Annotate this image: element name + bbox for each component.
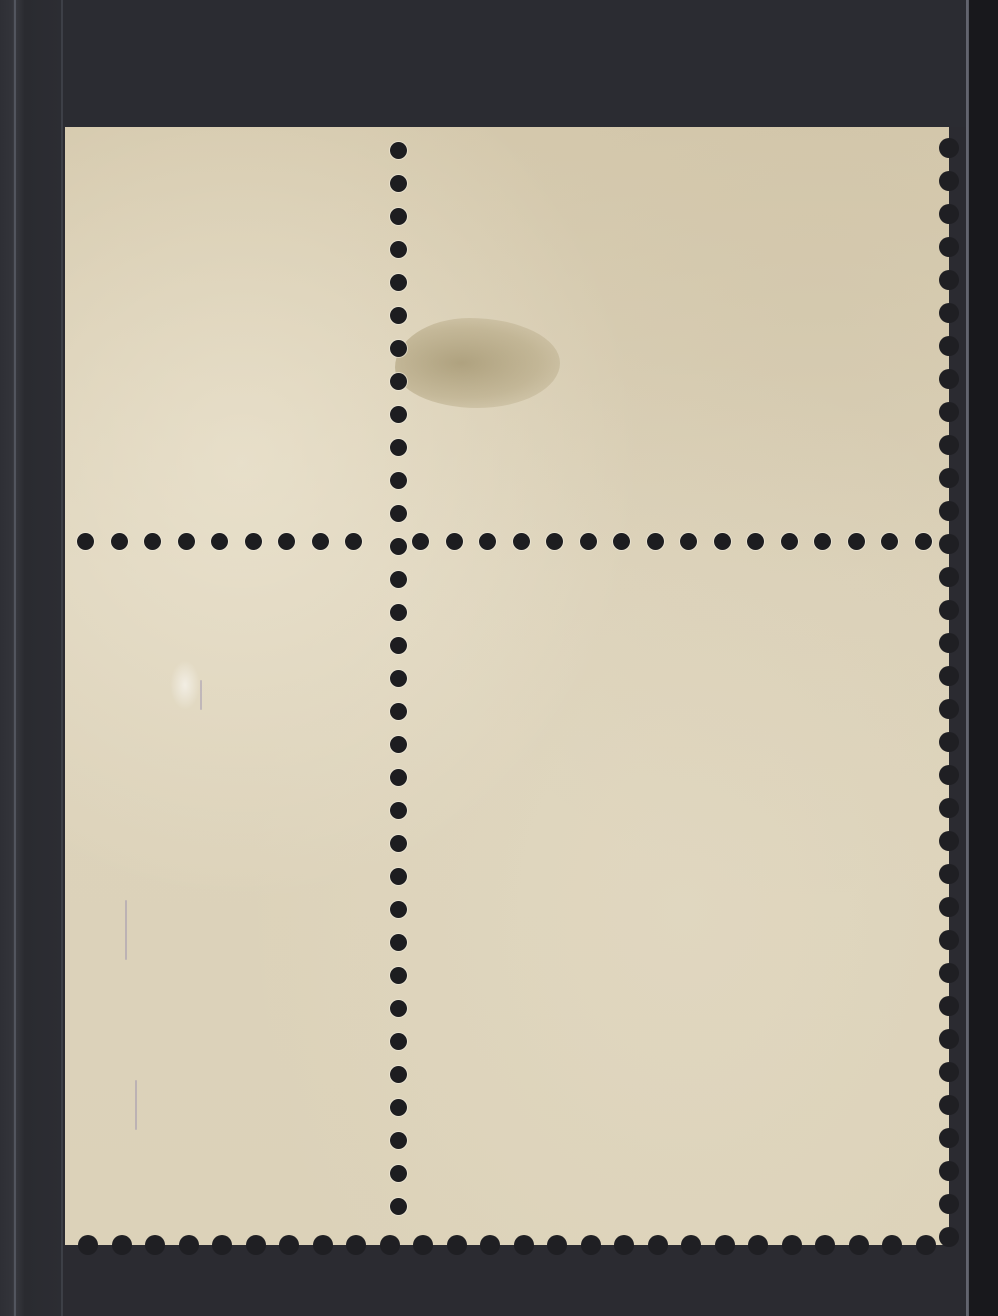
perforation-hole (390, 1099, 407, 1116)
edge-perforation (939, 897, 959, 917)
edge-perforation (939, 1029, 959, 1049)
edge-perforation (514, 1235, 534, 1255)
edge-perforation (939, 270, 959, 290)
perforation-hole (390, 373, 407, 390)
perforation-hole (781, 533, 798, 550)
perforation-hole (390, 934, 407, 951)
stock-card-left-strip (0, 0, 62, 1316)
perforation-hole (390, 241, 407, 258)
stock-card-right-strip (968, 0, 998, 1316)
perforation-hole (446, 533, 463, 550)
edge-perforation (939, 402, 959, 422)
perforation-hole (714, 533, 731, 550)
perforation-hole (814, 533, 831, 550)
perforation-hole (390, 637, 407, 654)
edge-perforation (413, 1235, 433, 1255)
perforation-hole (390, 538, 407, 555)
edge-perforation (581, 1235, 601, 1255)
perforation-hole (278, 533, 295, 550)
perforation-hole (390, 142, 407, 159)
gum-stain (395, 318, 560, 408)
edge-perforation (715, 1235, 735, 1255)
edge-perforation (939, 1095, 959, 1115)
edge-perforation (939, 336, 959, 356)
perforation-hole (580, 533, 597, 550)
edge-perforation (313, 1235, 333, 1255)
perforation-hole (390, 1000, 407, 1017)
edge-perforation (246, 1235, 266, 1255)
perforation-hole (390, 835, 407, 852)
edge-perforation (882, 1235, 902, 1255)
edge-perforation (648, 1235, 668, 1255)
paper-fiber (135, 1080, 137, 1130)
perforation-hole (390, 703, 407, 720)
edge-perforation (748, 1235, 768, 1255)
perforation-hole (390, 802, 407, 819)
perforation-hole (390, 340, 407, 357)
perforation-hole (390, 1165, 407, 1182)
edge-perforation (815, 1235, 835, 1255)
perforation-hole (390, 472, 407, 489)
perforation-hole (390, 439, 407, 456)
edge-perforation (939, 138, 959, 158)
paper-fiber (200, 680, 202, 710)
perforation-hole (390, 769, 407, 786)
edge-perforation (939, 864, 959, 884)
edge-perforation (939, 831, 959, 851)
perforation-hole (390, 1033, 407, 1050)
perforation-hole (513, 533, 530, 550)
edge-perforation (145, 1235, 165, 1255)
perforation-hole (390, 175, 407, 192)
perforation-hole (390, 307, 407, 324)
paper-fiber (125, 900, 127, 960)
edge-perforation (939, 1062, 959, 1082)
edge-perforation (212, 1235, 232, 1255)
perforation-hole (390, 505, 407, 522)
edge-perforation (782, 1235, 802, 1255)
edge-perforation (939, 699, 959, 719)
edge-perforation (939, 633, 959, 653)
edge-perforation (447, 1235, 467, 1255)
perforation-hole (412, 533, 429, 550)
perforation-hole (211, 533, 228, 550)
edge-perforation (346, 1235, 366, 1255)
perforation-hole (613, 533, 630, 550)
perforation-hole (881, 533, 898, 550)
edge-perforation (480, 1235, 500, 1255)
perforation-hole (390, 1198, 407, 1215)
stock-card-edge-line (966, 0, 969, 1316)
edge-perforation (112, 1235, 132, 1255)
edge-perforation (380, 1235, 400, 1255)
perforation-hole (546, 533, 563, 550)
perforation-hole (479, 533, 496, 550)
perforation-hole (390, 406, 407, 423)
edge-perforation (939, 1128, 959, 1148)
perforation-hole (390, 967, 407, 984)
edge-perforation (939, 996, 959, 1016)
perforation-hole (390, 901, 407, 918)
edge-perforation (547, 1235, 567, 1255)
edge-perforation (939, 1227, 959, 1247)
edge-perforation (939, 534, 959, 554)
edge-perforation (939, 501, 959, 521)
perforation-hole (390, 604, 407, 621)
perforation-hole (647, 533, 664, 550)
stock-card-top (62, 0, 968, 127)
edge-perforation (939, 369, 959, 389)
edge-perforation (614, 1235, 634, 1255)
perforation-hole (390, 736, 407, 753)
edge-perforation (939, 468, 959, 488)
edge-perforation (939, 237, 959, 257)
perforation-hole (390, 1132, 407, 1149)
edge-perforation (939, 666, 959, 686)
perforation-hole (747, 533, 764, 550)
perforation-hole (77, 533, 94, 550)
perforation-hole (915, 533, 932, 550)
edge-perforation (939, 765, 959, 785)
perforation-hole (390, 208, 407, 225)
edge-perforation (939, 204, 959, 224)
edge-perforation (939, 1161, 959, 1181)
edge-perforation (179, 1235, 199, 1255)
edge-perforation (939, 567, 959, 587)
edge-perforation (939, 732, 959, 752)
edge-perforation (939, 303, 959, 323)
perforation-hole (144, 533, 161, 550)
edge-perforation (939, 798, 959, 818)
perforation-hole (178, 533, 195, 550)
edge-perforation (939, 963, 959, 983)
edge-perforation (78, 1235, 98, 1255)
perforation-hole (312, 533, 329, 550)
edge-perforation (279, 1235, 299, 1255)
perforation-hole (680, 533, 697, 550)
perforation-hole (390, 571, 407, 588)
edge-perforation (939, 435, 959, 455)
stock-card-edge-line (61, 0, 63, 1316)
perforation-hole (390, 1066, 407, 1083)
perforation-hole (848, 533, 865, 550)
perforation-hole (390, 868, 407, 885)
perforation-hole (245, 533, 262, 550)
edge-perforation (939, 171, 959, 191)
perforation-hole (390, 274, 407, 291)
stock-card-edge-line (14, 0, 16, 1316)
perforation-hole (345, 533, 362, 550)
edge-perforation (849, 1235, 869, 1255)
edge-perforation (939, 600, 959, 620)
edge-perforation (939, 930, 959, 950)
edge-perforation (939, 1194, 959, 1214)
perforation-hole (111, 533, 128, 550)
perforation-hole (390, 670, 407, 687)
paper-crease (170, 660, 200, 710)
edge-perforation (916, 1235, 936, 1255)
edge-perforation (681, 1235, 701, 1255)
